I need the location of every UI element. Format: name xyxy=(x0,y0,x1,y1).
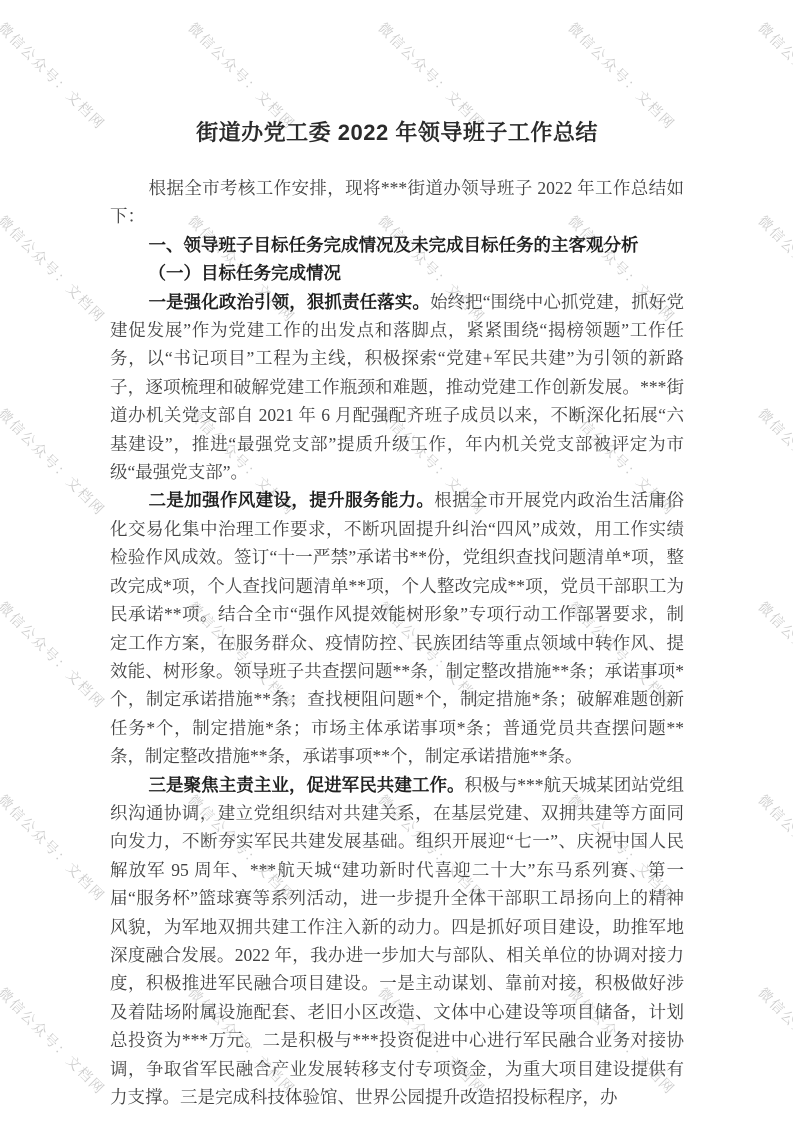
document-content: 街道办党工委 2022 年领导班子工作总结 根据全市考核工作安排，现将***街道… xyxy=(110,118,684,1111)
text-run-bold: （一）目标任务完成情况 xyxy=(149,263,342,283)
watermark-text: 微信公众号：文档网 xyxy=(0,18,110,134)
document-body: 根据全市考核工作安排，现将***街道办领导班子 2022 年工作总结如下：一、领… xyxy=(110,174,684,1111)
watermark-text: 微信公众号：文档网 xyxy=(0,790,110,906)
body-paragraph: 一、领导班子目标任务完成情况及未完成目标任务的主客观分析 xyxy=(110,231,684,259)
body-paragraph: 三是聚焦主责主业，促进军民共建工作。积极与***航天城某团站党组织沟通协调，建立… xyxy=(110,771,684,1112)
text-run-bold: 二是加强作风建设，提升服务能力。 xyxy=(149,490,435,510)
text-run: 根据全市考核工作安排，现将***街道办领导班子 2022 年工作总结如下： xyxy=(110,178,684,226)
text-run: 积极与***航天城某团站党组织沟通协调，建立党组织结对共建关系，在基层党建、双拥… xyxy=(110,775,684,1107)
watermark-text: 微信公众号：文档网 xyxy=(754,790,793,906)
text-run-bold: 一是强化政治引领，狠抓责任落实。 xyxy=(149,292,430,312)
watermark-text: 微信公众号：文档网 xyxy=(754,211,793,327)
body-paragraph: 二是加强作风建设，提升服务能力。根据全市开展党内政治生活庸俗化交易化集中治理工作… xyxy=(110,486,684,770)
document-page: 微信公众号：文档网微信公众号：文档网微信公众号：文档网微信公众号：文档网微信公众… xyxy=(0,0,793,1122)
watermark-text: 微信公众号：文档网 xyxy=(184,18,300,134)
text-run: 根据全市开展党内政治生活庸俗化交易化集中治理工作要求，不断巩固提升纠治“四风”成… xyxy=(110,490,684,766)
watermark-text: 微信公众号：文档网 xyxy=(0,983,110,1099)
watermark-text: 微信公众号：文档网 xyxy=(0,404,110,520)
watermark-text: 微信公众号：文档网 xyxy=(754,404,793,520)
text-run: 始终把“围绕中心抓党建，抓好党建促发展”作为党建工作的出发点和落脚点，紧紧围绕“… xyxy=(110,292,684,482)
watermark-text: 微信公众号：文档网 xyxy=(0,597,110,713)
text-run-bold: 一、领导班子目标任务完成情况及未完成目标任务的主客观分析 xyxy=(149,235,639,255)
body-paragraph: 一是强化政治引领，狠抓责任落实。始终把“围绕中心抓党建，抓好党建促发展”作为党建… xyxy=(110,288,684,487)
watermark-text: 微信公众号：文档网 xyxy=(374,18,490,134)
watermark-text: 微信公众号：文档网 xyxy=(564,18,680,134)
watermark-text: 微信公众号：文档网 xyxy=(754,18,793,134)
body-paragraph: 根据全市考核工作安排，现将***街道办领导班子 2022 年工作总结如下： xyxy=(110,174,684,231)
body-paragraph: （一）目标任务完成情况 xyxy=(110,259,684,287)
document-title: 街道办党工委 2022 年领导班子工作总结 xyxy=(110,118,684,148)
watermark-text: 微信公众号：文档网 xyxy=(754,983,793,1099)
watermark-text: 微信公众号：文档网 xyxy=(754,597,793,713)
watermark-text: 微信公众号：文档网 xyxy=(0,211,110,327)
text-run-bold: 三是聚焦主责主业，促进军民共建工作。 xyxy=(149,775,465,795)
